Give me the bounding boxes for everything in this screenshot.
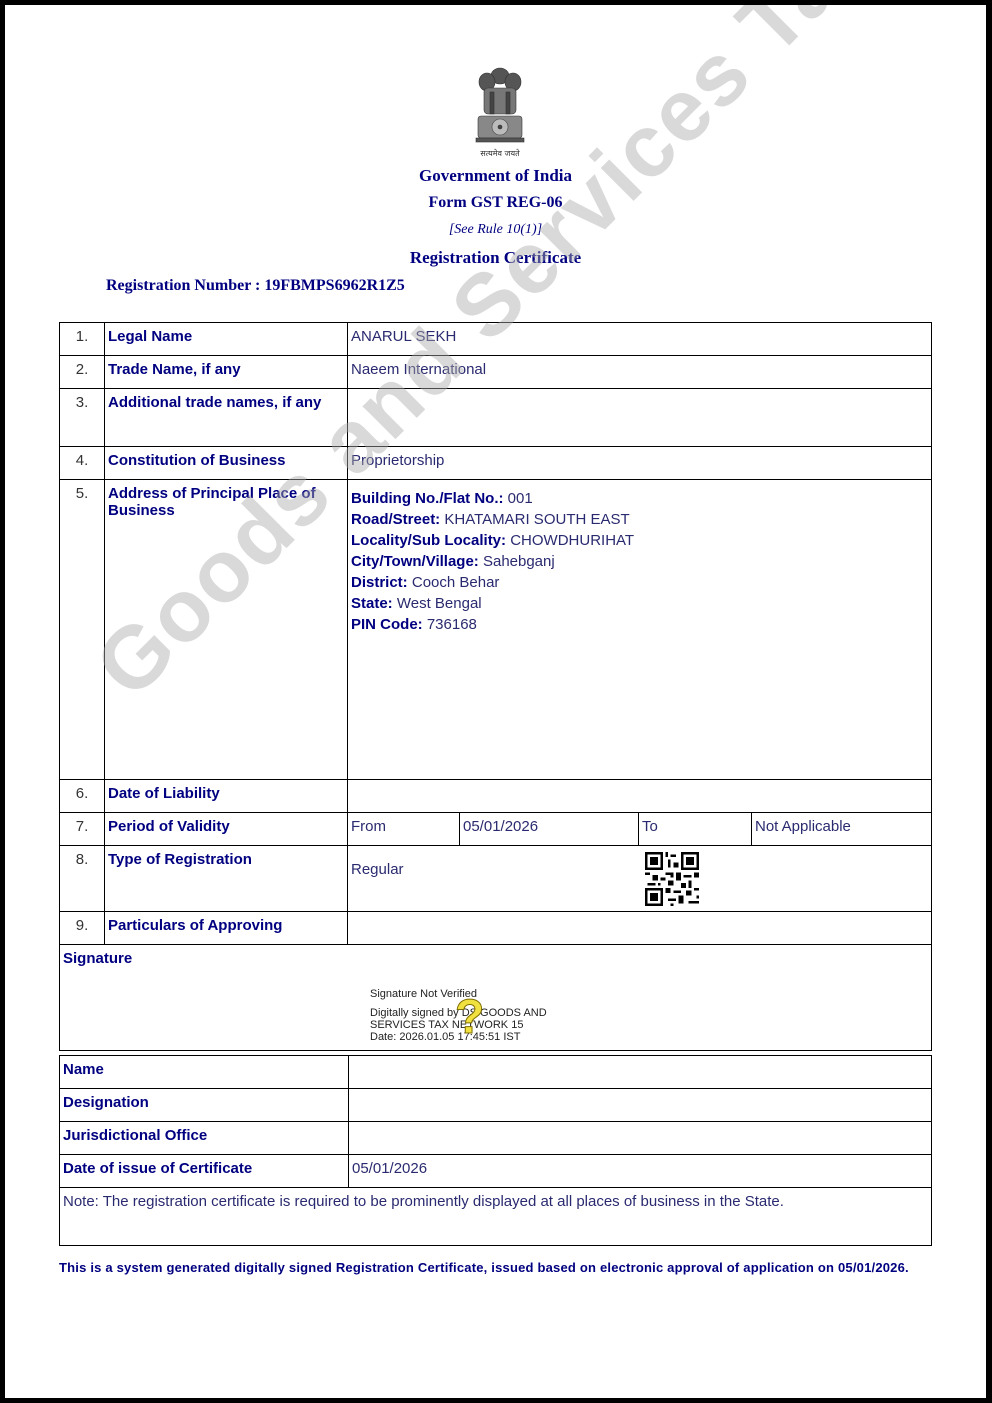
registration-number: Registration Number : 19FBMPS6962R1Z5 — [106, 277, 405, 295]
table-row: 6. Date of Liability — [60, 780, 932, 813]
table-row: Date of issue of Certificate 05/01/2026 — [60, 1155, 932, 1188]
legal-name-value: ANARUL SEKH — [348, 323, 932, 356]
government-title: Government of India — [5, 166, 986, 186]
table-row: 2. Trade Name, if any Naeem Internationa… — [60, 356, 932, 389]
validity-from-date: 05/01/2026 — [460, 813, 639, 846]
qr-code-icon — [645, 852, 699, 906]
note-row: Note: The registration certificate is re… — [60, 1188, 932, 1246]
table-row: 4. Constitution of Business Proprietorsh… — [60, 447, 932, 480]
officer-details-table: Name Designation Jurisdictional Office D… — [59, 1055, 932, 1246]
table-row: 5. Address of Principal Place of Busines… — [60, 480, 932, 780]
table-row: Designation — [60, 1089, 932, 1122]
table-row: Name — [60, 1056, 932, 1089]
rule-reference: [See Rule 10(1)] — [5, 222, 986, 238]
certificate-title: Registration Certificate — [5, 248, 986, 268]
table-row: 9. Particulars of Approving — [60, 912, 932, 945]
address-value: Building No./Flat No.: 001 Road/Street: … — [348, 480, 932, 780]
system-generated-notice: This is a system generated digitally sig… — [59, 1257, 934, 1279]
svg-text:सत्यमेव जयते: सत्यमेव जयते — [480, 148, 520, 158]
signature-label: Signature — [63, 950, 928, 967]
table-row: 1. Legal Name ANARUL SEKH — [60, 323, 932, 356]
question-mark-icon: ? — [455, 994, 484, 1042]
registration-type-value: Regular — [351, 861, 928, 878]
table-row: 3. Additional trade names, if any — [60, 389, 932, 447]
form-title: Form GST REG-06 — [5, 194, 986, 212]
constitution-value: Proprietorship — [348, 447, 932, 480]
issue-date-value: 05/01/2026 — [349, 1155, 932, 1188]
table-row: 8. Type of Registration Regular — [60, 846, 932, 912]
registration-details-table: 1. Legal Name ANARUL SEKH 2. Trade Name,… — [59, 322, 932, 1051]
table-row: Jurisdictional Office — [60, 1122, 932, 1155]
national-emblem-icon: सत्यमेव जयते — [470, 62, 530, 160]
certificate-page: सत्यमेव जयते Government of India Form GS… — [5, 5, 986, 1398]
signature-row: Signature Signature Not Verified Digital… — [60, 945, 932, 1051]
table-row: 7. Period of Validity From 05/01/2026 To… — [60, 813, 932, 846]
validity-to-date: Not Applicable — [752, 813, 932, 846]
trade-name-value: Naeem International — [348, 356, 932, 389]
display-note: Note: The registration certificate is re… — [60, 1188, 932, 1246]
